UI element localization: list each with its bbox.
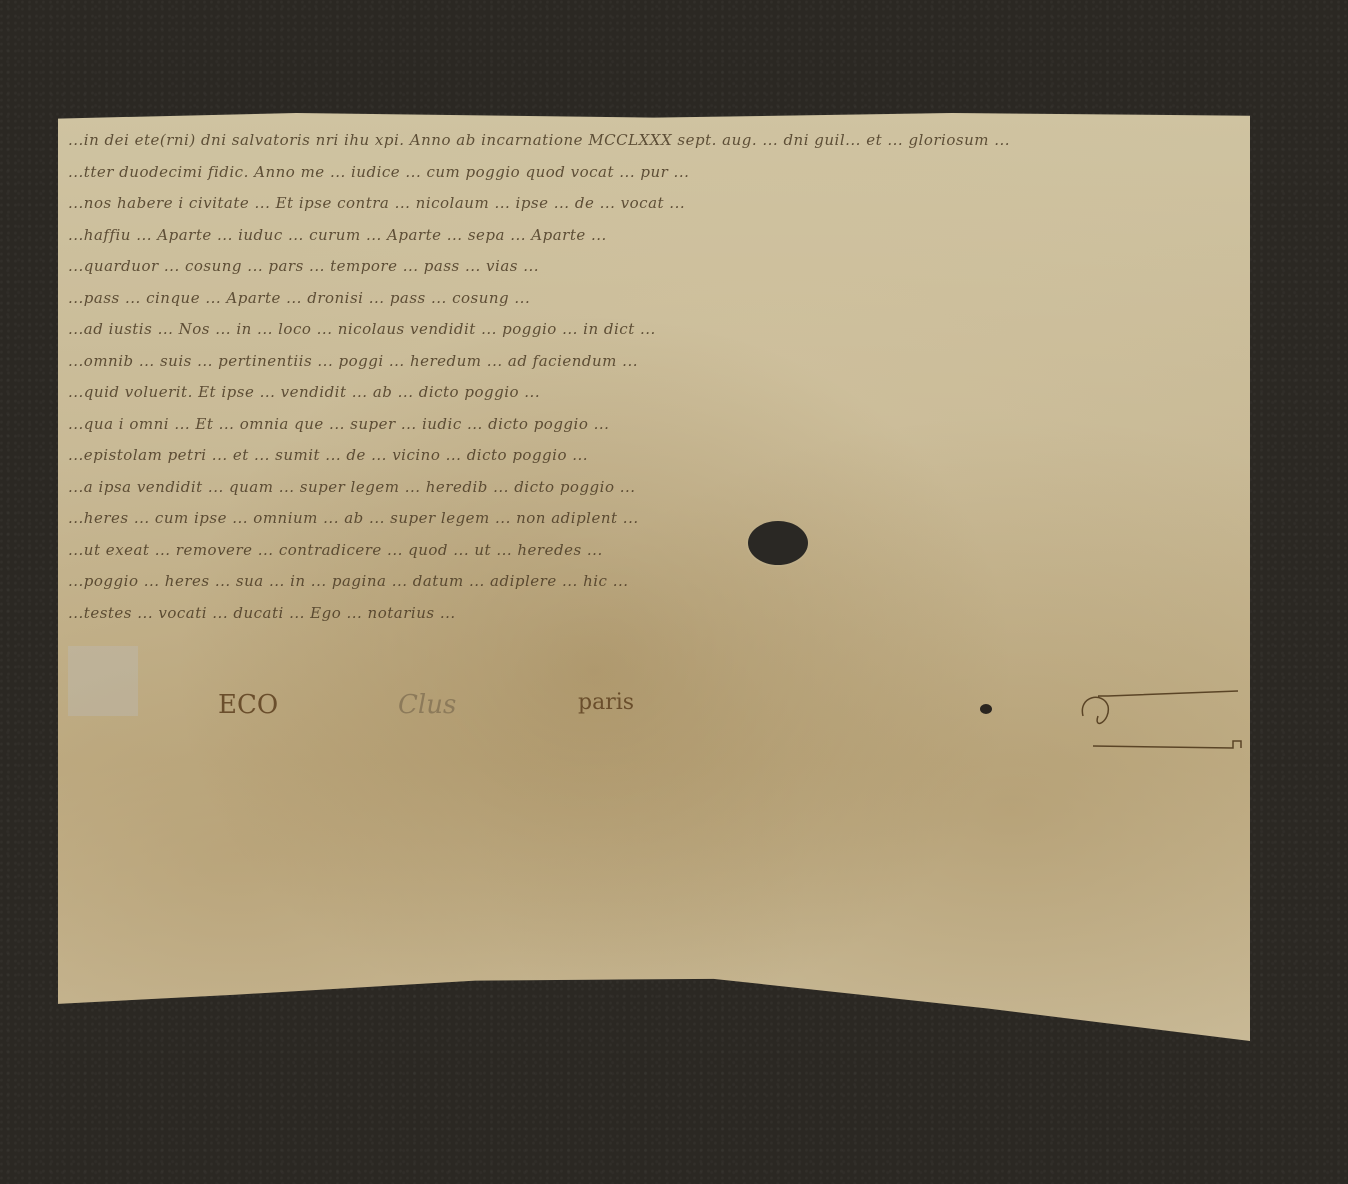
- text-line: ...ut exeat ... removere ... contradicer…: [68, 535, 1240, 567]
- text-line: ...quarduor ... cosung ... pars ... temp…: [68, 251, 1240, 283]
- parchment-charter: ...in dei ete(rni) dni salvatoris nri ih…: [58, 113, 1250, 1041]
- manuscript-text: ...in dei ete(rni) dni salvatoris nri ih…: [68, 125, 1240, 629]
- ink-spot: [980, 704, 992, 714]
- text-line: ...heres ... cum ipse ... omnium ... ab …: [68, 503, 1240, 535]
- text-line: ...pass ... cinque ... Aparte ... dronis…: [68, 283, 1240, 315]
- text-line: ...a ipsa vendidit ... quam ... super le…: [68, 472, 1240, 504]
- signature-clus: Clus: [398, 690, 456, 720]
- text-line: ...quid voluerit. Et ipse ... vendidit .…: [68, 377, 1240, 409]
- signature-eco: ECO: [218, 690, 278, 720]
- text-line: ...epistolam petri ... et ... sumit ... …: [68, 440, 1240, 472]
- text-line: ...tter duodecimi fidic. Anno me ... iud…: [68, 157, 1240, 189]
- text-line: ...nos habere i civitate ... Et ipse con…: [68, 188, 1240, 220]
- signature-paris: paris: [578, 690, 634, 715]
- text-line: ...in dei ete(rni) dni salvatoris nri ih…: [68, 125, 1240, 157]
- text-line: ...omnib ... suis ... pertinentiis ... p…: [68, 346, 1240, 378]
- parchment-hole: [746, 519, 810, 567]
- text-line: ...ad iustis ... Nos ... in ... loco ...…: [68, 314, 1240, 346]
- text-line: ...testes ... vocati ... ducati ... Ego …: [68, 598, 1240, 630]
- text-line: ...haffiu ... Aparte ... iuduc ... curum…: [68, 220, 1240, 252]
- repair-patch: [68, 646, 138, 716]
- notary-mark-icon: [1073, 686, 1243, 758]
- text-line: ...poggio ... heres ... sua ... in ... p…: [68, 566, 1240, 598]
- text-line: ...qua i omni ... Et ... omnia que ... s…: [68, 409, 1240, 441]
